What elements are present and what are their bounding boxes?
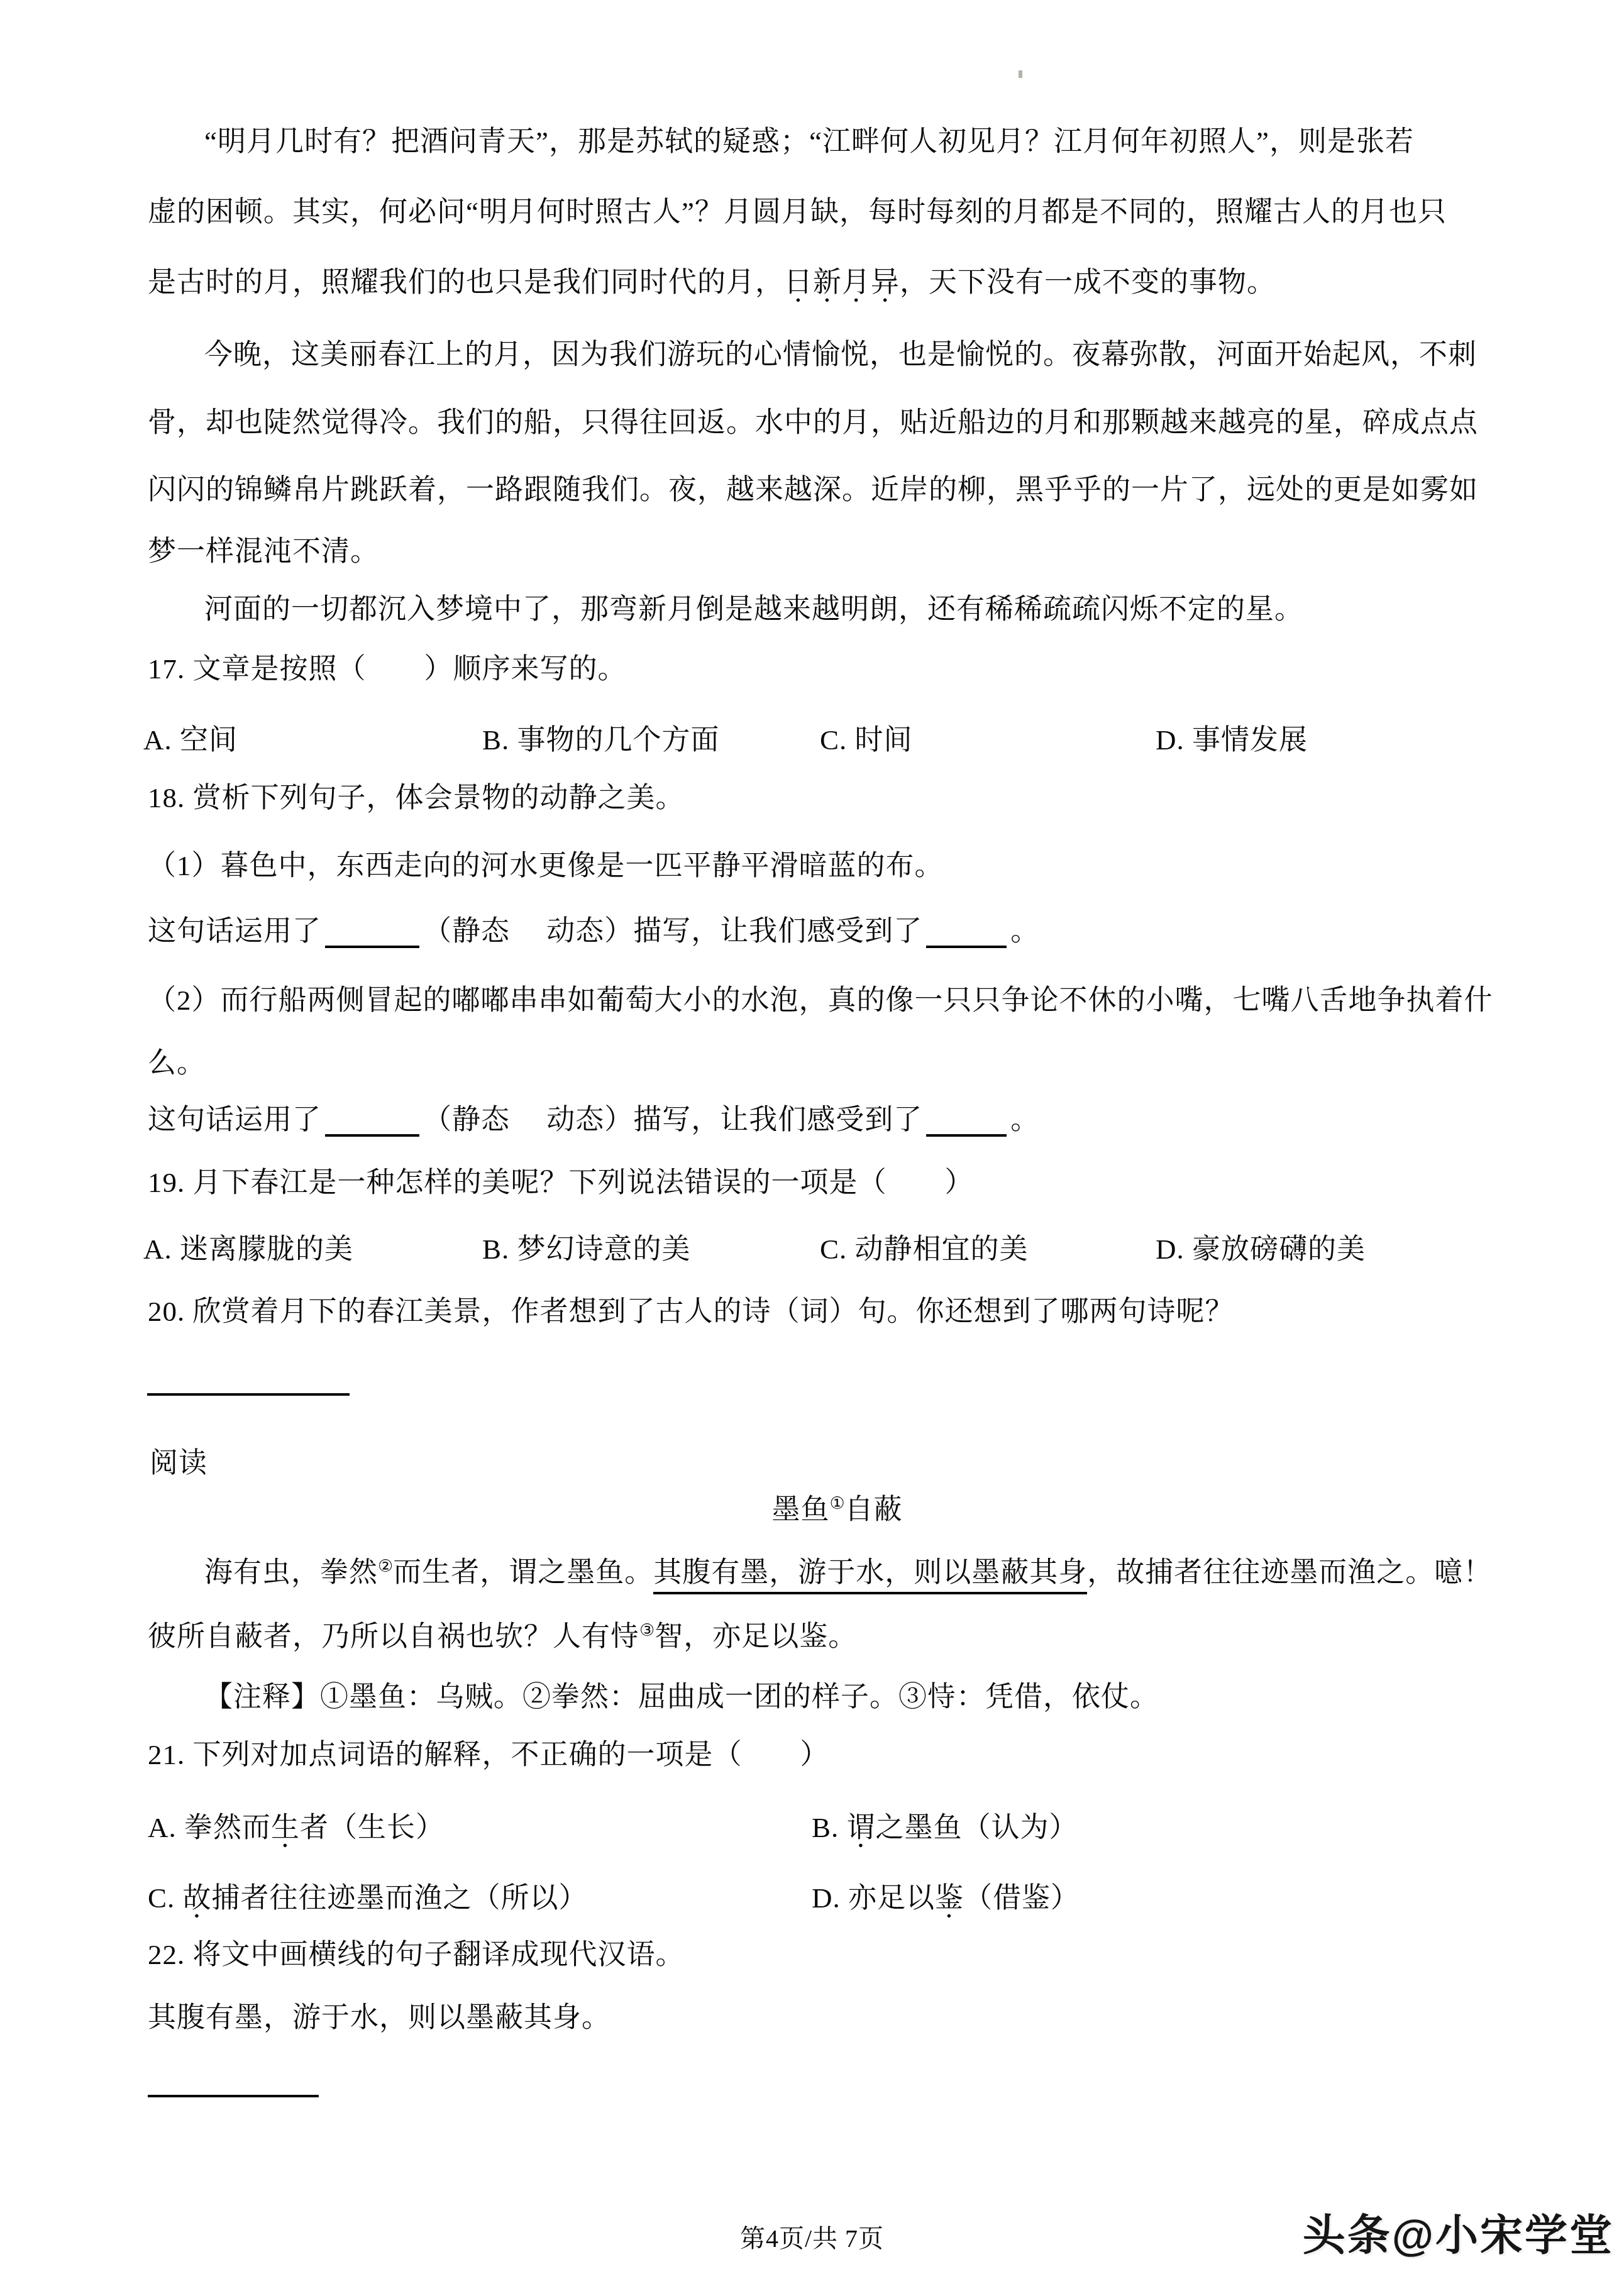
emphasis-char: 故 — [183, 1880, 212, 1916]
question-21-stem: 21. 下列对加点词语的解释，不正确的一项是（ ） — [148, 1736, 829, 1773]
question-20-stem: 20. 欣赏着月下的春江美景，作者想到了古人的诗（词）句。你还想到了哪两句诗呢？ — [148, 1293, 1234, 1330]
essay1-para1-line2: 虚的困顿。其实，何必问“明月何时照古人”？月圆月缺，每时每刻的月都是不同的，照耀… — [148, 194, 1447, 230]
footnote-marker: ③ — [639, 1621, 655, 1640]
essay1-para2-line2: 骨，却也陡然觉得冷。我们的船，只得往回返。水中的月，贴近船边的月和那颗越来越亮的… — [148, 404, 1478, 441]
fill-text: 这句话运用了 — [148, 1104, 321, 1135]
answer-blank — [325, 1113, 419, 1137]
q19-option-a: A. 迷离朦胧的美 — [143, 1231, 353, 1267]
reading-section-label: 阅读 — [150, 1445, 207, 1481]
answer-rule-line — [147, 1393, 350, 1396]
emphasis-char: 生 — [271, 1809, 300, 1846]
emphasis-char: 谓 — [847, 1809, 876, 1846]
essay1-para2-line3: 闪闪的锦鳞帛片跳跃着，一路跟随我们。夜，越来越深。近岸的柳，黑乎乎的一片了，远处… — [148, 472, 1478, 508]
essay1-para1-line3: 是古时的月，照耀我们的也只是我们同时代的月，日新月异，天下没有一成不变的事物。 — [148, 264, 1276, 301]
essay1-para2-line4: 梦一样混沌不清。 — [148, 533, 379, 570]
option-text: A. 拳然而 — [148, 1812, 271, 1843]
emphasis-char: 鉴 — [935, 1880, 964, 1916]
emphasis-char: 日 — [784, 264, 813, 301]
answer-blank — [926, 924, 1007, 948]
title-text: 墨鱼 — [771, 1494, 829, 1525]
answer-blank — [325, 924, 419, 948]
q19-option-b: B. 梦幻诗意的美 — [482, 1231, 691, 1267]
fill-text: 。 — [1010, 915, 1039, 947]
q22-sentence: 其腹有墨，游于水，则以墨蔽其身。 — [148, 1999, 610, 2036]
passage-text: ，故捕者往往迹墨而渔之。噫！ — [1087, 1557, 1492, 1588]
q17-option-a: A. 空间 — [143, 722, 238, 758]
answer-blank — [926, 1113, 1007, 1137]
q21-option-b: B. 谓之墨鱼（认为） — [812, 1809, 1078, 1846]
q18-fill-line1: 这句话运用了（静态 动态）描写，让我们感受到了。 — [148, 913, 1039, 949]
emphasis-char: 异 — [871, 264, 900, 301]
passage-text: 智，亦足以鉴。 — [655, 1621, 857, 1652]
option-text: 捕者往往迹墨而渔之（所以） — [212, 1882, 588, 1914]
footnote-marker: ① — [829, 1494, 844, 1513]
q21-option-d: D. 亦足以鉴（借鉴） — [812, 1880, 1080, 1916]
essay2-title: 墨鱼①自蔽 — [25, 1485, 1624, 1528]
option-text: 者（生长） — [300, 1812, 445, 1843]
q17-option-c: C. 时间 — [820, 722, 913, 758]
option-text: D. 亦足以 — [812, 1882, 935, 1914]
q18-item2-line1: （2）而行船两侧冒起的嘟嘟串串如葡萄大小的水泡，真的像一只只争论不休的小嘴，七嘴… — [148, 982, 1493, 1018]
essay1-para2-line1: 今晚，这美丽春江上的月，因为我们游玩的心情愉悦，也是愉悦的。夜幕弥散，河面开始起… — [204, 336, 1477, 373]
q17-option-b: B. 事物的几个方面 — [482, 722, 720, 758]
title-text: 自蔽 — [845, 1494, 903, 1525]
para1-line3-tail: ，天下没有一成不变的事物。 — [900, 267, 1276, 298]
emphasis-char: 新 — [813, 264, 842, 301]
option-text: 之墨鱼（认为） — [876, 1812, 1078, 1843]
passage-text: 彼所自蔽者，乃所以自祸也欤？人有恃 — [148, 1621, 639, 1652]
passage-text: 海有虫，拳然 — [204, 1557, 378, 1588]
fill-text: 。 — [1010, 1104, 1039, 1135]
q18-item2-line2: 么。 — [148, 1045, 206, 1081]
question-17-stem: 17. 文章是按照（ ）顺序来写的。 — [148, 651, 627, 687]
essay1-para3-line1: 河面的一切都沉入梦境中了，那弯新月倒是越来越明朗，还有稀稀疏疏闪烁不定的星。 — [204, 591, 1303, 627]
footnote-marker: ② — [378, 1557, 393, 1576]
essay2-line1: 海有虫，拳然②而生者，谓之墨鱼。其腹有墨，游于水，则以墨蔽其身，故捕者往往迹墨而… — [204, 1548, 1492, 1591]
q19-option-d: D. 豪放磅礴的美 — [1156, 1231, 1366, 1267]
q21-option-c: C. 故捕者往往迹墨而渔之（所以） — [148, 1880, 588, 1916]
watermark: 头条@小宋学堂 — [1303, 2202, 1614, 2263]
essay1-para1-line1: “明月几时有？把酒问青天”，那是苏轼的疑惑；“江畔何人初见月？江月何年初照人”，… — [204, 123, 1414, 160]
exam-page: “明月几时有？把酒问青天”，那是苏轼的疑惑；“江畔何人初见月？江月何年初照人”，… — [0, 0, 1624, 2296]
q19-option-c: C. 动静相宜的美 — [820, 1231, 1029, 1267]
answer-rule-line — [148, 2095, 319, 2097]
fill-text: 这句话运用了 — [148, 915, 321, 947]
question-19-stem: 19. 月下春江是一种怎样的美呢？下列说法错误的一项是（ ） — [148, 1164, 974, 1201]
emphasis-char: 月 — [842, 264, 871, 301]
para1-line3-text: 是古时的月，照耀我们的也只是我们同时代的月， — [148, 267, 784, 298]
option-text: C. — [148, 1882, 183, 1914]
fill-text: （静态 动态）描写，让我们感受到了 — [423, 915, 922, 947]
fill-text: （静态 动态）描写，让我们感受到了 — [423, 1104, 922, 1135]
essay2-line2: 彼所自蔽者，乃所以自祸也欤？人有恃③智，亦足以鉴。 — [148, 1612, 857, 1655]
q18-fill-line2: 这句话运用了（静态 动态）描写，让我们感受到了。 — [148, 1101, 1039, 1138]
underlined-sentence: 其腹有墨，游于水，则以墨蔽其身 — [653, 1557, 1087, 1594]
question-18-stem: 18. 赏析下列句子，体会景物的动静之美。 — [148, 780, 685, 816]
scan-speck — [1019, 70, 1022, 78]
q21-option-a: A. 拳然而生者（生长） — [148, 1809, 445, 1846]
q17-option-d: D. 事情发展 — [1156, 722, 1308, 758]
question-22-stem: 22. 将文中画横线的句子翻译成现代汉语。 — [148, 1936, 685, 1973]
q18-item1: （1）暮色中，东西走向的河水更像是一匹平静平滑暗蓝的布。 — [148, 847, 944, 884]
passage-text: 而生者，谓之墨鱼。 — [393, 1557, 653, 1588]
essay2-annotations: 【注释】①墨鱼：乌贼。②拳然：屈曲成一团的样子。③恃：凭借，依仗。 — [204, 1679, 1159, 1715]
option-text: B. — [812, 1812, 847, 1843]
option-text: （借鉴） — [964, 1882, 1080, 1914]
